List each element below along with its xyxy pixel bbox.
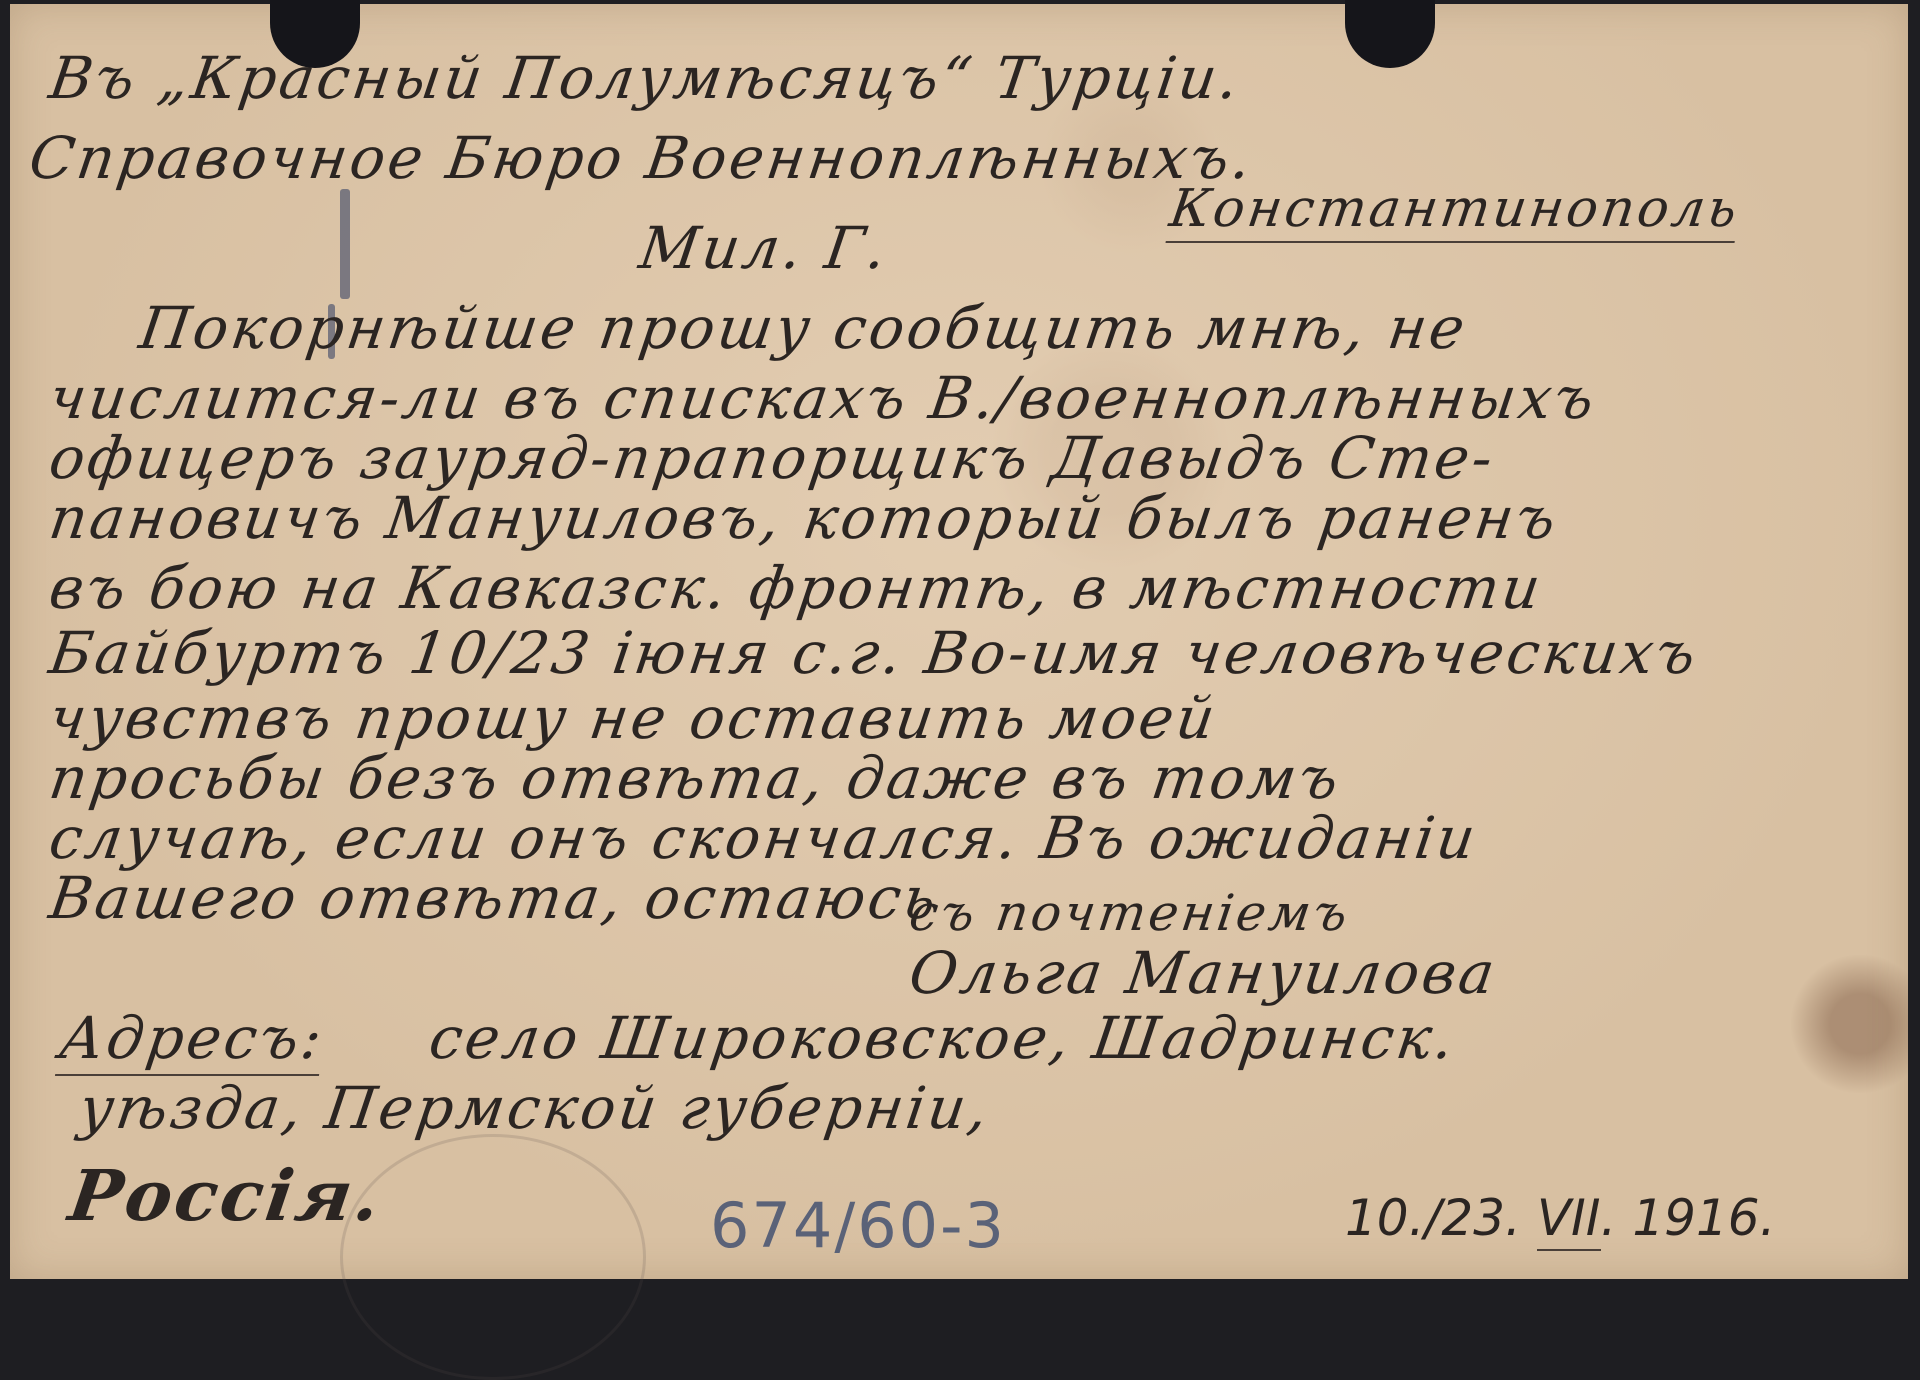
body-line: въ бою на Кавказск. фронтѣ, в мѣстности xyxy=(45,554,1547,622)
address-line: село Широковское, Шадринск. xyxy=(425,1004,1461,1072)
address-label: Адресъ: xyxy=(55,1004,329,1076)
address-line: уѣзда, Пермской губерніи, xyxy=(75,1074,995,1142)
date-month: VII xyxy=(1537,1189,1601,1251)
body-line: чувствъ прошу не оставить моей xyxy=(45,684,1222,752)
date: 10./23. VII. 1916. xyxy=(1345,1189,1775,1247)
archive-number: 674/60-3 xyxy=(710,1189,1006,1262)
ink-stroke xyxy=(340,189,350,299)
body-line: Покорнѣйше прошу сообщить мнѣ, не xyxy=(135,294,1472,362)
date-day: 10. xyxy=(1345,1189,1425,1247)
closing: съ почтеніемъ xyxy=(906,884,1354,942)
recipient-line-2: Справочное Бюро Военноплѣнныхъ. xyxy=(25,124,1258,192)
address-country: Россія. xyxy=(64,1154,388,1237)
punch-hole xyxy=(1345,0,1435,68)
body-line: офицеръ зауряд-прапорщикъ Давыдъ Сте- xyxy=(45,424,1499,492)
recipient-line-1: Въ „Красный Полумѣсяцъ“ Турціи. xyxy=(45,44,1245,112)
body-line: Вашего отвѣта, остаюсь xyxy=(45,864,943,932)
recipient-city: Константинополь xyxy=(1166,179,1744,243)
body-line: случаѣ, если онъ скончался. Въ ожиданіи xyxy=(45,804,1482,872)
date-day-new: 23. xyxy=(1441,1189,1521,1247)
body-line: просьбы безъ отвѣта, даже въ томъ xyxy=(45,744,1345,812)
salutation: Мил. Г. xyxy=(635,214,893,282)
body-line: Байбуртъ 10/23 іюня с.г. Во-имя человѣче… xyxy=(45,619,1703,687)
date-year: 1916. xyxy=(1632,1189,1775,1247)
body-line: числится-ли въ спискахъ В./военноплѣнных… xyxy=(45,364,1601,432)
postcard: Въ „Красный Полумѣсяцъ“ Турціи. Справочн… xyxy=(10,4,1908,1279)
signature: Ольга Мануилова xyxy=(905,939,1501,1007)
body-line: пановичъ Мануиловъ, который былъ раненъ xyxy=(45,484,1563,552)
